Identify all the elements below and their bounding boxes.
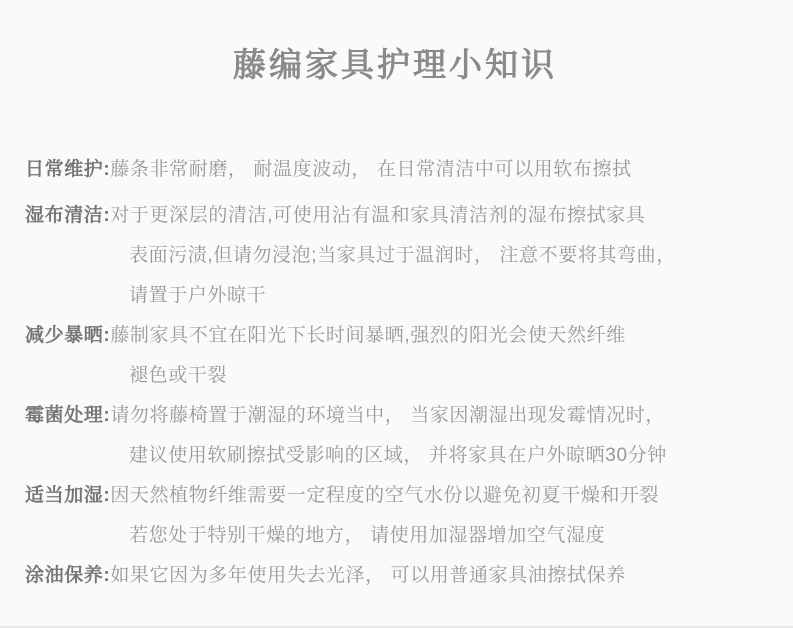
tip-line: 湿布清洁:对于更深层的清洁,可使用沾有温和家具清洁剂的湿布擦拭家具 [25,196,765,236]
tip-line: 涂油保养:如果它因为多年使用失去光泽， 可以用普通家具油擦拭保养 [25,556,765,596]
tip-text: 藤条非常耐磨， 耐温度波动， 在日常清洁中可以用软布擦拭 [110,159,631,180]
tip-text: 请勿将藤椅置于潮湿的环境当中， 当家因潮湿出现发霉情况时， [110,405,665,426]
tip-line: 建议使用软刷擦拭受影响的区域， 并将家具在户外晾晒30分钟 [25,436,765,476]
tip-line: 请置于户外晾干 [25,276,765,316]
tip-label: 涂油保养: [25,565,110,586]
care-tips-page: 藤编家具护理小知识 日常维护:藤条非常耐磨， 耐温度波动， 在日常清洁中可以用软… [0,0,793,628]
tip-line: 褪色或干裂 [25,356,765,396]
tip-text: 如果它因为多年使用失去光泽， 可以用普通家具油擦拭保养 [110,565,625,586]
tip-mold-treatment: 霉菌处理:请勿将藤椅置于潮湿的环境当中， 当家因潮湿出现发霉情况时， 建议使用软… [25,396,765,476]
tips-list: 日常维护:藤条非常耐磨， 耐温度波动， 在日常清洁中可以用软布擦拭 湿布清洁:对… [25,150,765,596]
tip-line: 适当加湿:因天然植物纤维需要一定程度的空气水份以避免初夏干燥和开裂 [25,476,765,516]
tip-proper-humidifying: 适当加湿:因天然植物纤维需要一定程度的空气水份以避免初夏干燥和开裂 若您处于特别… [25,476,765,556]
tip-label: 减少暴晒: [25,325,110,346]
tip-line: 日常维护:藤条非常耐磨， 耐温度波动， 在日常清洁中可以用软布擦拭 [25,150,765,190]
page-title: 藤编家具护理小知识 [25,40,765,90]
tip-reduce-sun-exposure: 减少暴晒:藤制家具不宜在阳光下长时间暴晒,强烈的阳光会使天然纤维 褪色或干裂 [25,316,765,396]
tip-label: 日常维护: [25,159,110,180]
tip-text: 因天然植物纤维需要一定程度的空气水份以避免初夏干燥和开裂 [110,485,659,506]
tip-oil-maintenance: 涂油保养:如果它因为多年使用失去光泽， 可以用普通家具油擦拭保养 [25,556,765,596]
tip-text: 对于更深层的清洁,可使用沾有温和家具清洁剂的湿布擦拭家具 [110,205,645,226]
tip-line: 表面污渍,但请勿浸泡;当家具过于温润时， 注意不要将其弯曲， [25,236,765,276]
tip-daily-maintenance: 日常维护:藤条非常耐磨， 耐温度波动， 在日常清洁中可以用软布擦拭 [25,150,765,190]
tip-text: 藤制家具不宜在阳光下长时间暴晒,强烈的阳光会使天然纤维 [110,325,625,346]
tip-wet-cloth-cleaning: 湿布清洁:对于更深层的清洁,可使用沾有温和家具清洁剂的湿布擦拭家具 表面污渍,但… [25,196,765,316]
tip-label: 湿布清洁: [25,205,110,226]
tip-line: 若您处于特别干燥的地方， 请使用加湿器增加空气湿度 [25,516,765,556]
tip-label: 霉菌处理: [25,405,110,426]
tip-line: 霉菌处理:请勿将藤椅置于潮湿的环境当中， 当家因潮湿出现发霉情况时， [25,396,765,436]
tip-label: 适当加湿: [25,485,110,506]
tip-line: 减少暴晒:藤制家具不宜在阳光下长时间暴晒,强烈的阳光会使天然纤维 [25,316,765,356]
